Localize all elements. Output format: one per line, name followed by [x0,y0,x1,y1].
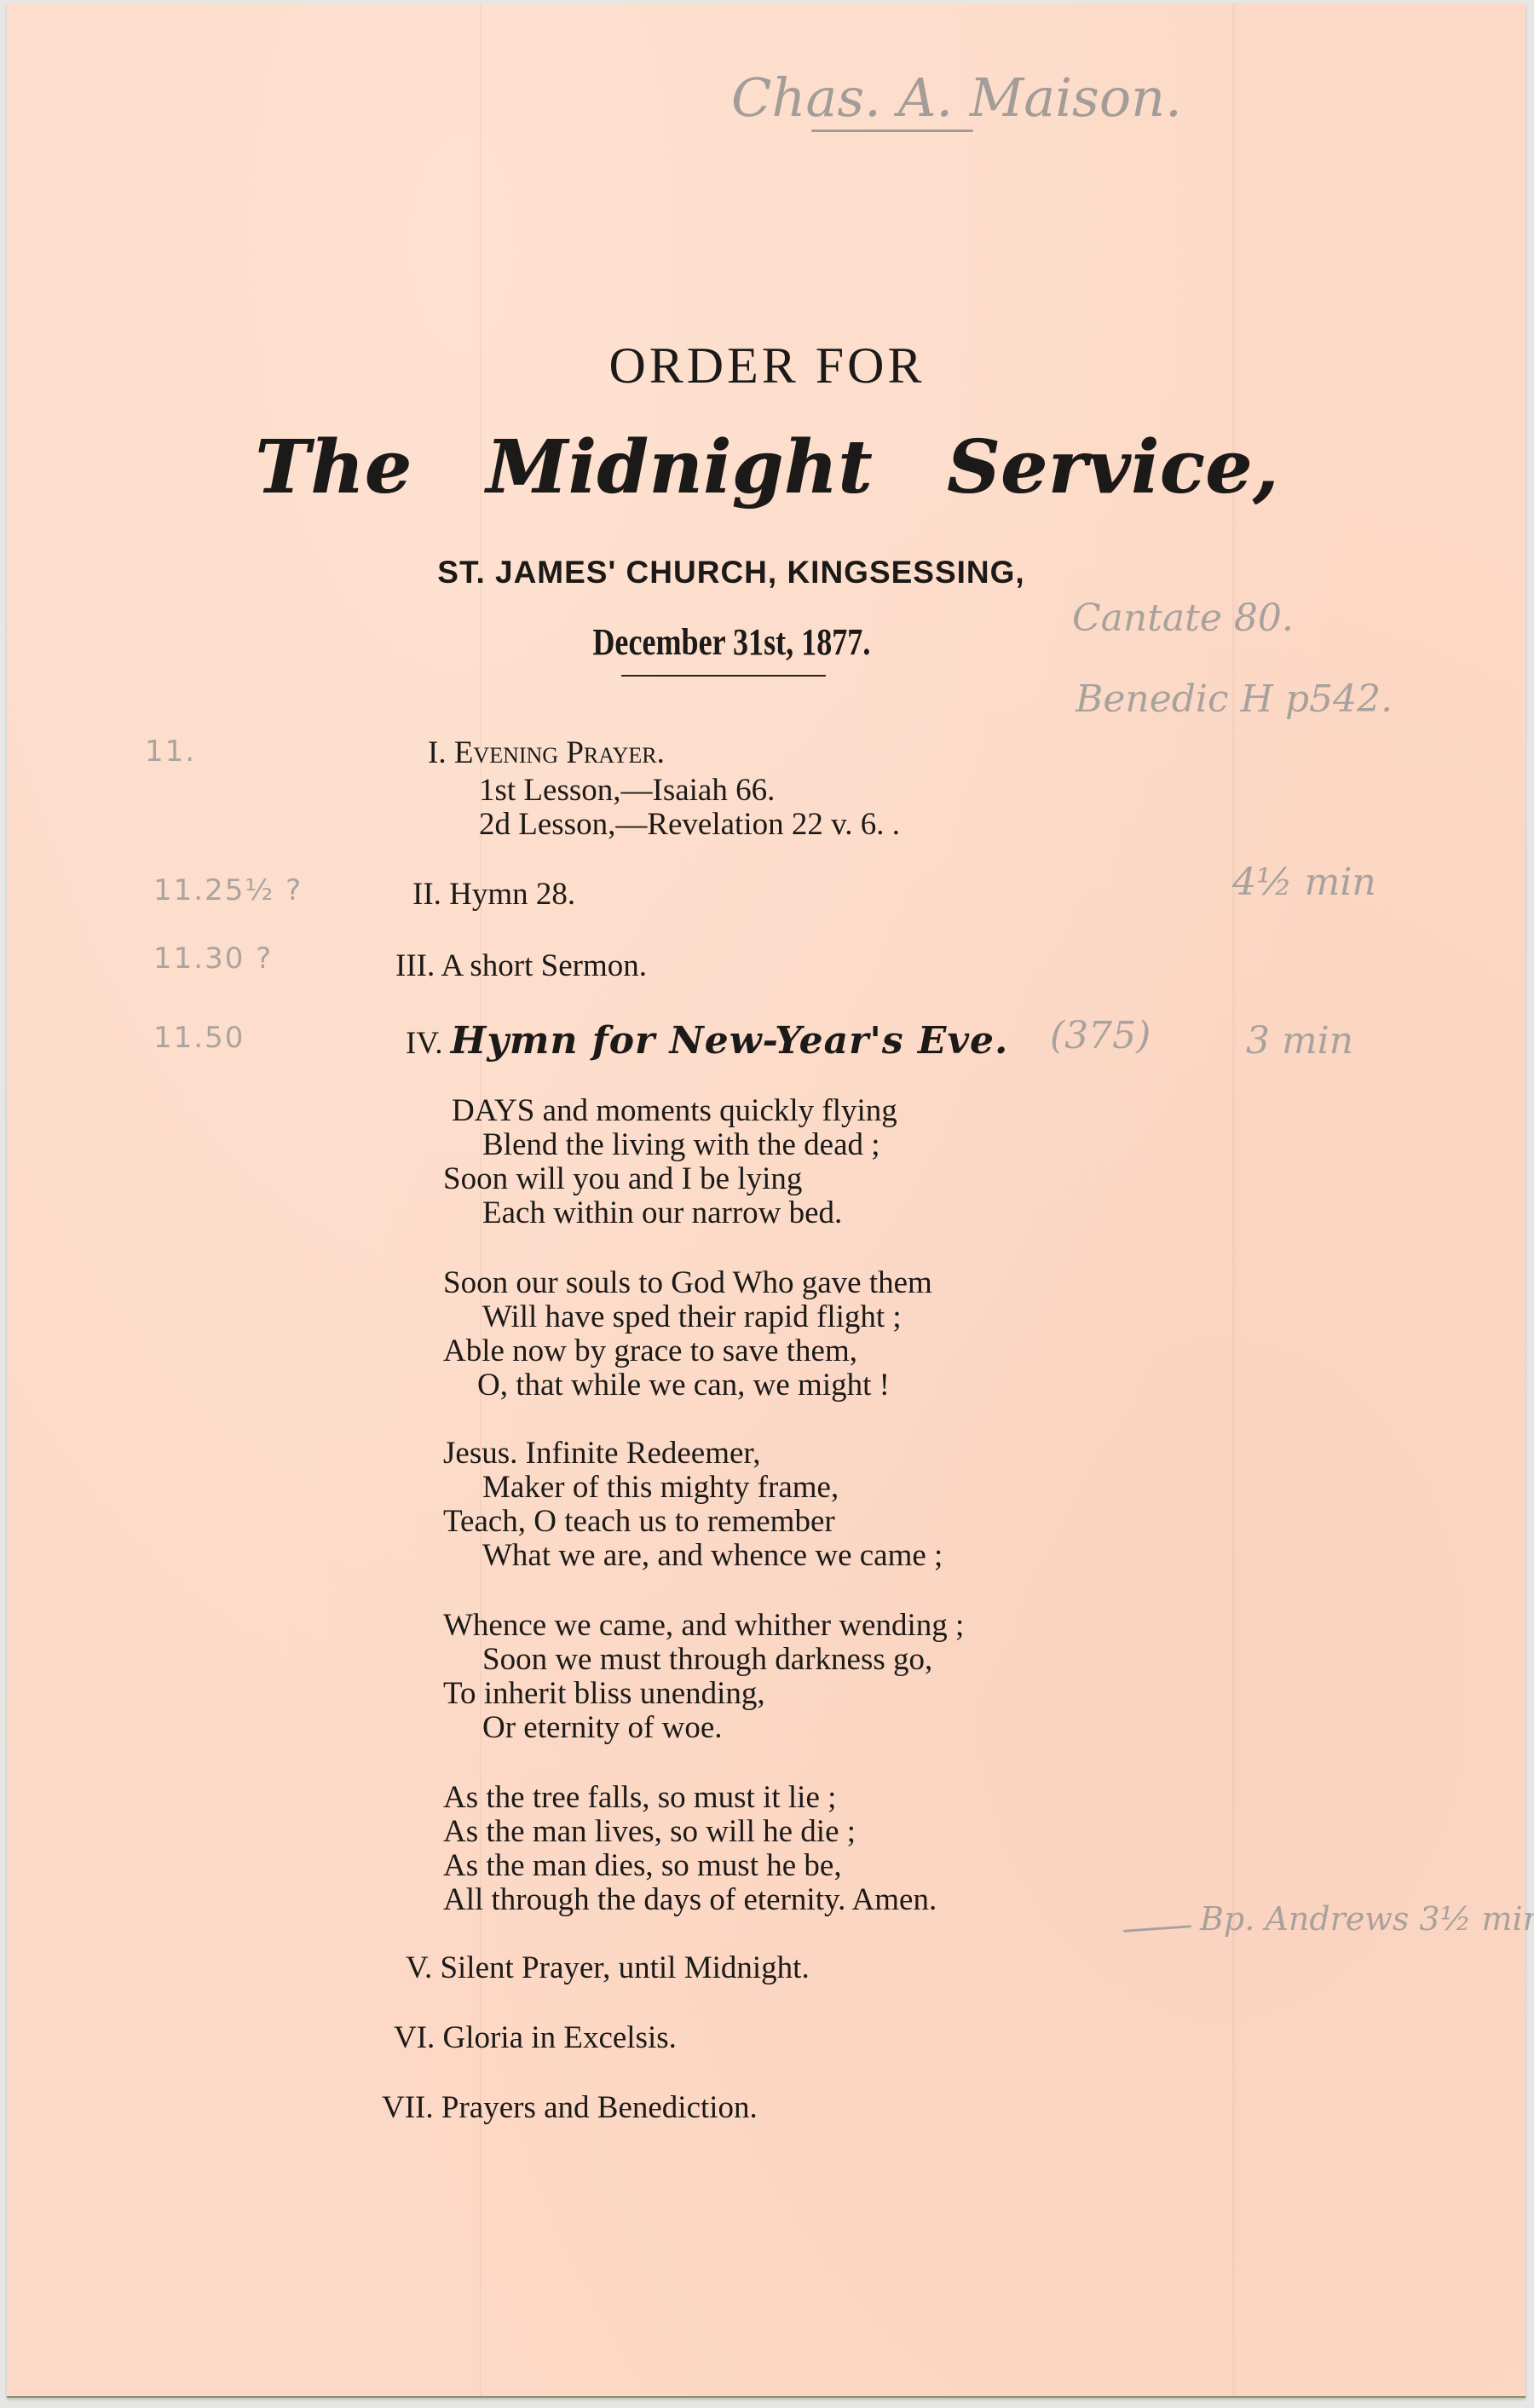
verse-line: Jesus. Infinite Redeemer, [443,1435,761,1472]
item-numeral: IV. [406,1026,443,1061]
verse-line: Soon our souls to God Who gave them [443,1264,932,1301]
order-item-2: II. Hymn 28. [412,876,575,913]
heading-order-for: ORDER FOR [0,337,1534,395]
hymn-number-note: (375) [1050,1014,1150,1057]
church-name: ST. JAMES' CHURCH, KINGSESSING, [0,555,1462,590]
owner-signature: Chas. A. Maison. [731,66,1182,129]
service-title: The Midnight Service, [0,424,1534,510]
verse-line: What we are, and whence we came ; [482,1537,943,1574]
verse-line: Soon we must through darkness go, [482,1641,932,1678]
item-label: Evening Prayer. [454,735,665,770]
order-item-4: IV. Hymn for New-Year's Eve. [406,1019,1008,1063]
item-label: A short Sermon. [441,948,647,983]
verse-line: Teach, O teach us to remember [443,1503,835,1540]
margin-time-3: 11.30 ? [153,942,273,976]
verse-line: As the man dies, so must he be, [443,1847,842,1884]
verse-line: O, that while we can, we might ! [477,1367,890,1403]
item-numeral: III. [395,948,435,983]
item-label: Silent Prayer, until Midnight. [440,1950,809,1985]
item-numeral: VII. [382,2090,434,2125]
duration-note-5: Bp. Andrews 3½ min. [1200,1900,1534,1938]
cantate-note: Cantate 80. [1072,596,1294,640]
verse-line: Will have sped their rapid flight ; [482,1299,902,1335]
verse-line: As the man lives, so will he die ; [443,1813,856,1850]
item-label: Gloria in Excelsis. [443,2020,677,2055]
verse-line: Each within our narrow bed. [482,1195,842,1231]
margin-time-1: 11. [145,734,196,769]
benedic-note: Benedic H p542. [1076,677,1393,721]
lesson-1: 1st Lesson,—Isaiah 66. [479,772,775,809]
margin-time-2: 11.25½ ? [153,873,303,907]
duration-note-4: 3 min [1246,1019,1353,1063]
duration-note-2: 4½ min [1232,861,1376,904]
order-item-5: V. Silent Prayer, until Midnight. [406,1950,810,1986]
item-label: Hymn 28. [449,877,575,912]
lesson-2: 2d Lesson,—Revelation 22 v. 6. . [479,806,900,843]
signature-underline [811,130,973,132]
order-item-6: VI. Gloria in Excelsis. [394,2019,677,2056]
item-numeral: II. [412,877,441,912]
item-numeral: V. [406,1950,432,1985]
verse-line: As the tree falls, so must it lie ; [443,1779,836,1816]
hymn-title: Hymn for New-Year's Eve. [451,1019,1009,1063]
item-label: Prayers and Benediction. [441,2090,758,2125]
verse-line: All through the days of eternity. Amen. [443,1881,937,1918]
order-item-3: III. A short Sermon. [395,948,647,984]
item-numeral: I. [428,735,447,770]
divider-rule [621,675,826,677]
verse-line: Blend the living with the dead ; [482,1126,880,1163]
margin-time-4: 11.50 [153,1021,245,1055]
order-item-1: I. Evening Prayer. [428,734,665,771]
verse-line: To inherit bliss unending, [443,1675,765,1712]
verse-line: Soon will you and I be lying [443,1161,802,1197]
verse-line: Whence we came, and whither wending ; [443,1607,964,1644]
verse-line: Or eternity of woe. [482,1709,723,1746]
item-numeral: VI. [394,2020,435,2055]
verse-line: DAYS and moments quickly flying [452,1092,897,1129]
verse-line: Maker of this mighty frame, [482,1469,839,1506]
order-item-7: VII. Prayers and Benediction. [382,2089,758,2126]
verse-line: Able now by grace to save them, [443,1333,857,1369]
